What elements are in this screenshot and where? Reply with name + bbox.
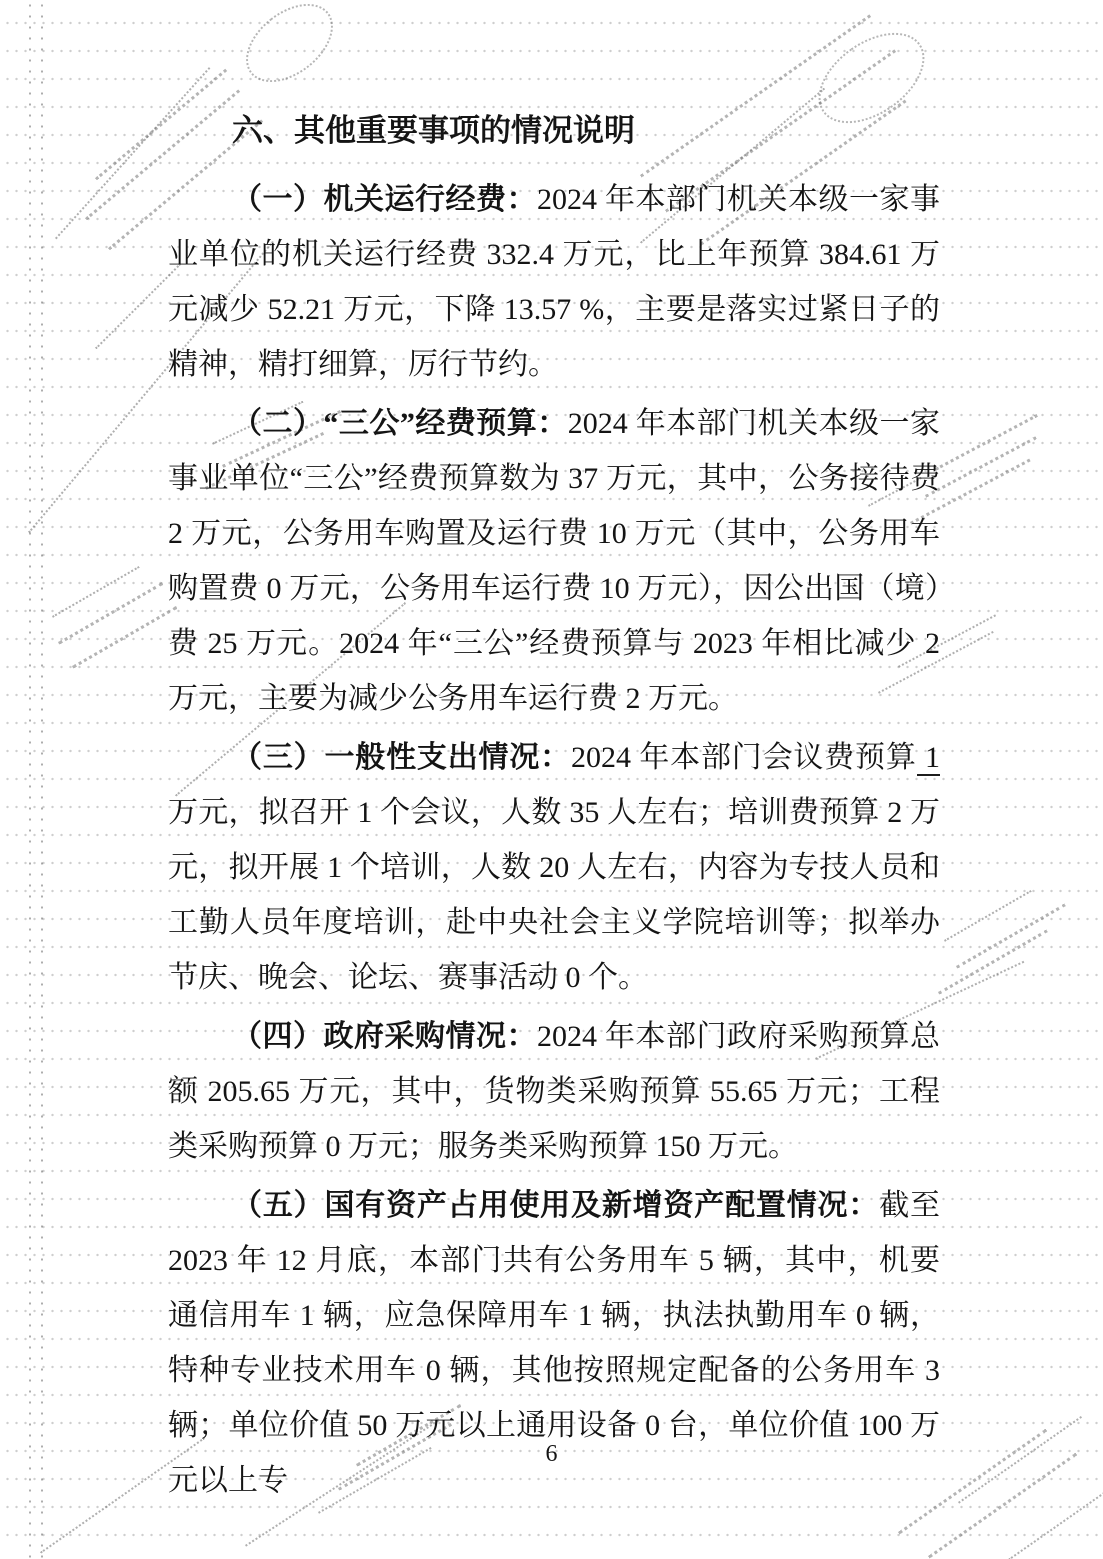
paragraph-4-label: （四）政府采购情况： (232, 1020, 537, 1053)
paragraph-3-text-cont: 万元，拟召开 1 个会议，人数 35 人左右；培训费预算 2 万元，拟开展 1 … (168, 796, 940, 994)
paragraph-2-text: 2024 年本部门机关本级一家事业单位“三公”经费预算数为 37 万元，其中，公… (168, 407, 940, 715)
section-heading: 六、其他重要事项的情况说明 (168, 103, 940, 158)
page-number: 6 (0, 1441, 1103, 1468)
paragraph-agency-operating-costs: （一）机关运行经费：2024 年本部门机关本级一家事业单位的机关运行经费 332… (168, 172, 940, 392)
paragraph-3-label: （三）一般性支出情况： (232, 741, 571, 774)
left-margin-dotted-line (41, 0, 43, 1559)
scanned-document-page: { "heading": "六、其他重要事项的情况说明", "paragraph… (0, 0, 1103, 1559)
paragraph-government-procurement: （四）政府采购情况：2024 年本部门政府采购预算总额 205.65 万元，其中… (168, 1009, 940, 1174)
paragraph-3-underline: 1 (917, 741, 940, 776)
document-body: 六、其他重要事项的情况说明 （一）机关运行经费：2024 年本部门机关本级一家事… (168, 103, 940, 1512)
paragraph-1-label: （一）机关运行经费： (232, 183, 537, 216)
paragraph-2-label: （二）“三公”经费预算： (232, 407, 568, 440)
paragraph-3-text: 2024 年本部门会议费预算 (571, 741, 917, 774)
paragraph-5-label: （五）国有资产占用使用及新增资产配置情况： (232, 1189, 879, 1222)
paragraph-general-expenditure: （三）一般性支出情况：2024 年本部门会议费预算 1 万元，拟召开 1 个会议… (168, 730, 940, 1005)
left-margin-dotted-line (29, 0, 31, 1559)
paragraph-three-public-budget: （二）“三公”经费预算：2024 年本部门机关本级一家事业单位“三公”经费预算数… (168, 396, 940, 726)
